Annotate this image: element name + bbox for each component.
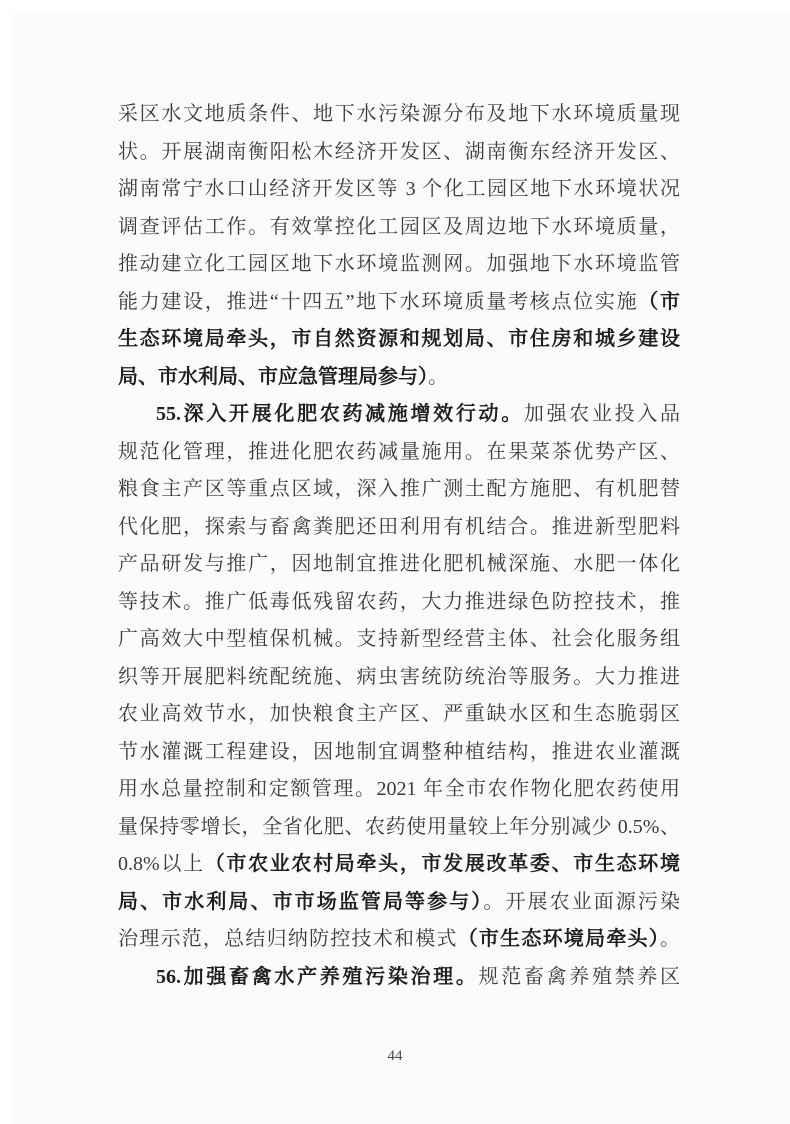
text-line: 规范化管理，推进化肥农药减量施用。在果菜茶优势产区、 [118,434,680,472]
text-run: 规范化管理，推进化肥农药减量施用。在果菜茶优势产区、 [118,441,680,463]
text-run: 规范畜禽养殖禁养区 [479,966,680,988]
text-run: 能力建设，推进“十四五”地下水环境质量考核点位实施 [118,291,638,313]
text-run: 推动建立化工园区地下水环境监测网。加强地下水环境监管 [118,253,680,275]
bold-text-run: 局、市水利局、市应急管理局参与） [118,366,428,388]
text-run: 0.8%以上 [118,853,205,875]
text-run: 。开展农业面源污染 [483,891,680,913]
text-line: 织等开展肥料统配统施、病虫害统防统治等服务。大力推进 [118,659,680,697]
text-line: 用水总量控制和定额管理。2021 年全市农作物化肥农药使用 [118,771,680,809]
bold-text-run: 56.加强畜禽水产养殖污染治理。 [156,966,479,988]
text-run: 农业高效节水，加快粮食主产区、严重缺水区和生态脆弱区 [118,703,680,725]
text-line: 55.深入开展化肥农药减施增效行动。加强农业投入品 [118,396,680,434]
text-run: 产品研发与推广，因地制宜推进化肥机械深施、水肥一体化 [118,553,680,575]
text-run: 湖南常宁水口山经济开发区等 3 个化工园区地下水环境状况 [118,178,680,200]
bold-text-run: （市生态环境局牵头） [458,928,660,950]
text-line: 推动建立化工园区地下水环境监测网。加强地下水环境监管 [118,246,680,284]
text-run: 。 [660,928,680,950]
text-line: 湖南常宁水口山经济开发区等 3 个化工园区地下水环境状况 [118,171,680,209]
text-run: 治理示范，总结归纳防控技术和模式 [118,928,458,950]
text-line: 量保持零增长，全省化肥、农药使用量较上年分别减少 0.5%、 [118,809,680,847]
page-number: 44 [0,1046,790,1066]
text-line: 粮食主产区等重点区域，深入推广测土配方施肥、有机肥替 [118,471,680,509]
document-page: 采区水文地质条件、地下水污染源分布及地下水环境质量现状。开展湖南衡阳松木经济开发… [0,0,790,1124]
text-line: 能力建设，推进“十四五”地下水环境质量考核点位实施（市 [118,284,680,322]
text-line: 生态环境局牵头，市自然资源和规划局、市住房和城乡建设 [118,321,680,359]
text-run: 节水灌溉工程建设，因地制宜调整种植结构，推进农业灌溉 [118,741,680,763]
bold-text-run: 55.深入开展化肥农药减施增效行动。 [156,403,524,425]
text-line: 状。开展湖南衡阳松木经济开发区、湖南衡东经济开发区、 [118,134,680,172]
text-run: 等技术。推广低毒低残留农药，大力推进绿色防控技术，推 [118,591,680,613]
document-text-block: 采区水文地质条件、地下水污染源分布及地下水环境质量现状。开展湖南衡阳松木经济开发… [118,96,680,996]
text-run: 用水总量控制和定额管理。2021 年全市农作物化肥农药使用 [118,778,680,800]
text-run: 粮食主产区等重点区域，深入推广测土配方施肥、有机肥替 [118,478,680,500]
text-run: 状。开展湖南衡阳松木经济开发区、湖南衡东经济开发区、 [118,141,680,163]
text-line: 农业高效节水，加快粮食主产区、严重缺水区和生态脆弱区 [118,696,680,734]
bold-text-run: 局、市水利局、市市场监管局等参与） [118,891,483,913]
text-line: 等技术。推广低毒低残留农药，大力推进绿色防控技术，推 [118,584,680,622]
text-line: 节水灌溉工程建设，因地制宜调整种植结构，推进农业灌溉 [118,734,680,772]
text-line: 0.8%以上（市农业农村局牵头，市发展改革委、市生态环境 [118,846,680,884]
text-run: 。 [428,366,448,388]
text-line: 广高效大中型植保机械。支持新型经营主体、社会化服务组 [118,621,680,659]
text-line: 产品研发与推广，因地制宜推进化肥机械深施、水肥一体化 [118,546,680,584]
text-line: 调查评估工作。有效掌控化工园区及周边地下水环境质量， [118,209,680,247]
text-run: 采区水文地质条件、地下水污染源分布及地下水环境质量现 [118,103,680,125]
text-line: 治理示范，总结归纳防控技术和模式（市生态环境局牵头）。 [118,921,680,959]
text-line: 56.加强畜禽水产养殖污染治理。规范畜禽养殖禁养区 [118,959,680,997]
text-run: 调查评估工作。有效掌控化工园区及周边地下水环境质量， [118,216,680,238]
text-run: 量保持零增长，全省化肥、农药使用量较上年分别减少 0.5%、 [118,816,680,838]
text-line: 代化肥，探索与畜禽粪肥还田利用有机结合。推进新型肥料 [118,509,680,547]
text-run: 织等开展肥料统配统施、病虫害统防统治等服务。大力推进 [118,666,680,688]
bold-text-run: 生态环境局牵头，市自然资源和规划局、市住房和城乡建设 [118,328,680,350]
text-run: 代化肥，探索与畜禽粪肥还田利用有机结合。推进新型肥料 [118,516,680,538]
text-run: 加强农业投入品 [524,403,680,425]
bold-text-run: （市 [638,291,680,313]
text-line: 采区水文地质条件、地下水污染源分布及地下水环境质量现 [118,96,680,134]
text-line: 局、市水利局、市市场监管局等参与）。开展农业面源污染 [118,884,680,922]
text-line: 局、市水利局、市应急管理局参与）。 [118,359,680,397]
bold-text-run: （市农业农村局牵头，市发展改革委、市生态环境 [205,853,680,875]
text-run: 广高效大中型植保机械。支持新型经营主体、社会化服务组 [118,628,680,650]
